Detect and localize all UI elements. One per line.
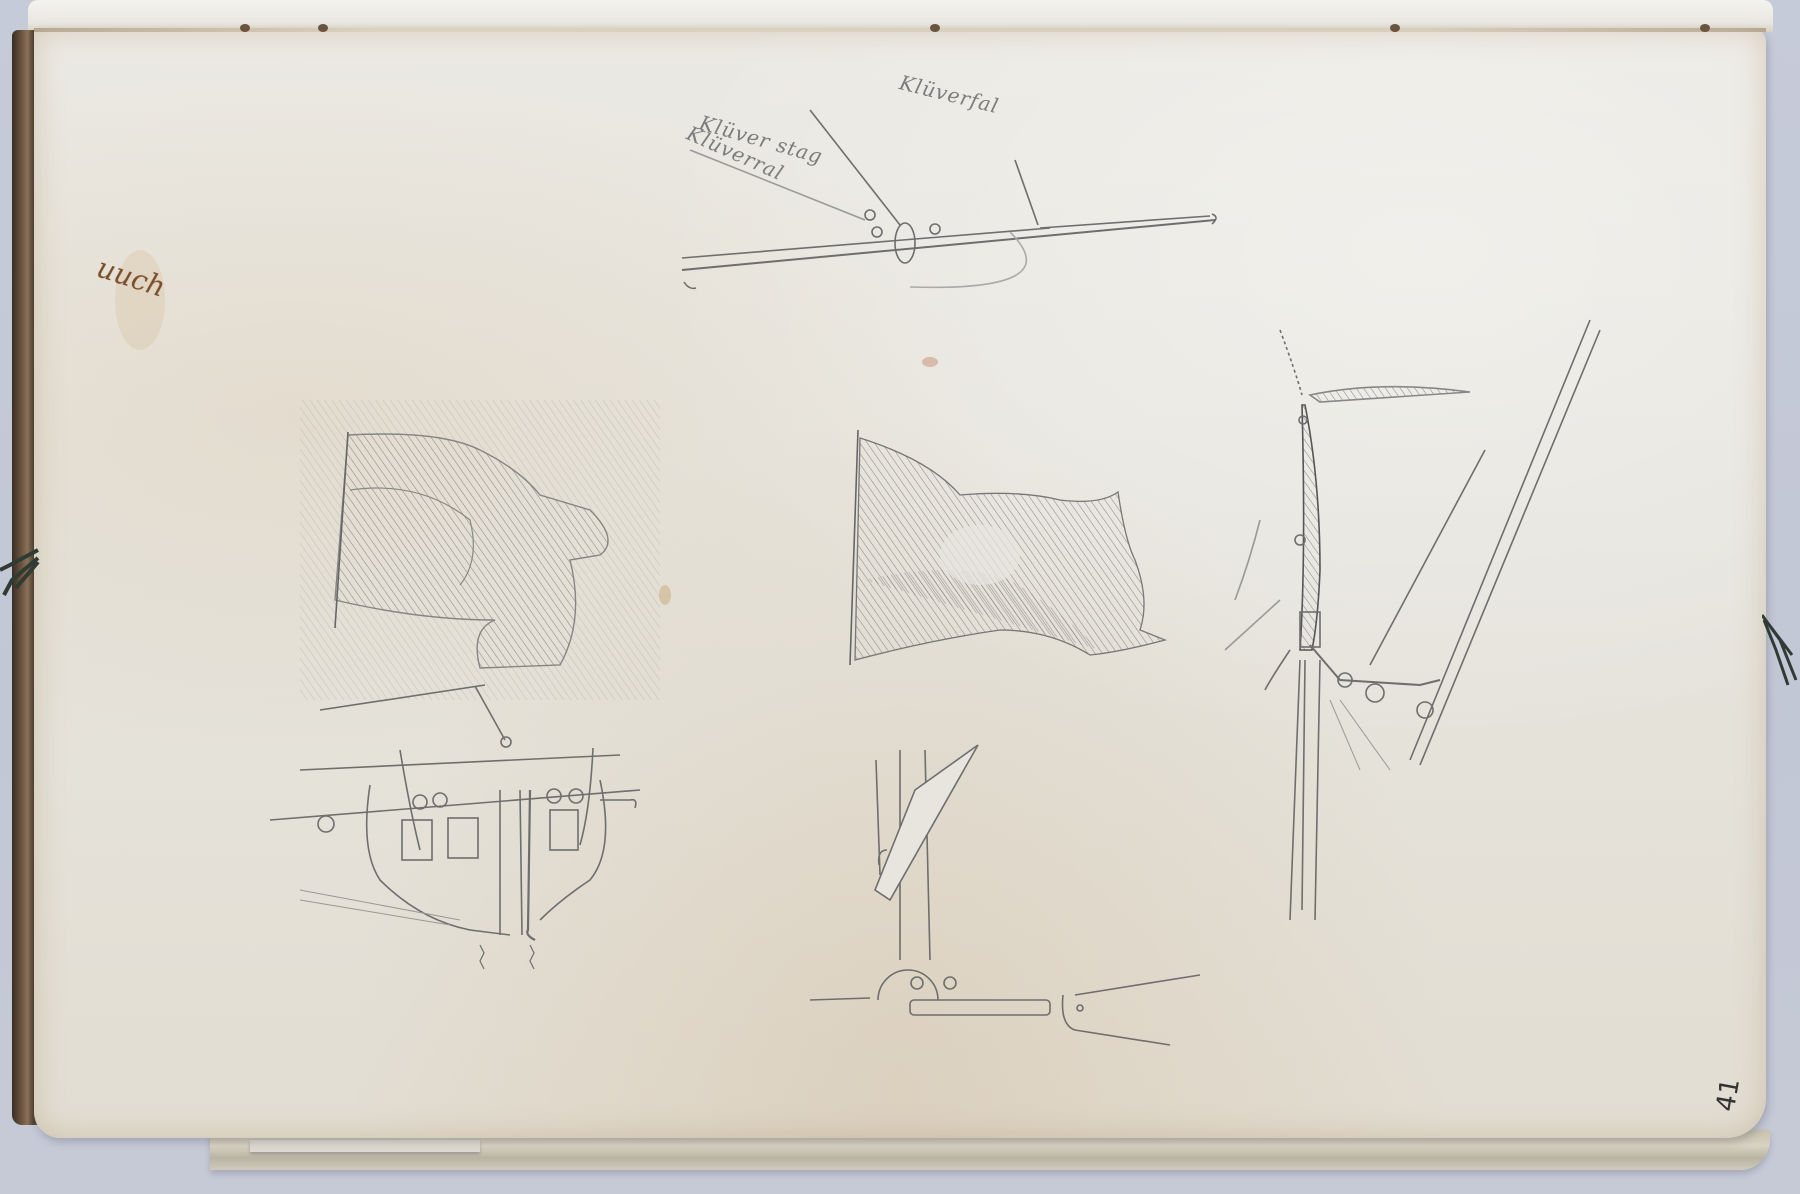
sketch-spar-detail (810, 745, 1200, 1045)
sketch-ship-stern (270, 685, 640, 969)
sketch-masthead (1225, 320, 1600, 920)
sketch-flag-left (300, 400, 660, 700)
page-number: 41 (1711, 1076, 1746, 1114)
pencil-sketches (0, 0, 1800, 1194)
sketch-flag-center (850, 430, 1165, 665)
